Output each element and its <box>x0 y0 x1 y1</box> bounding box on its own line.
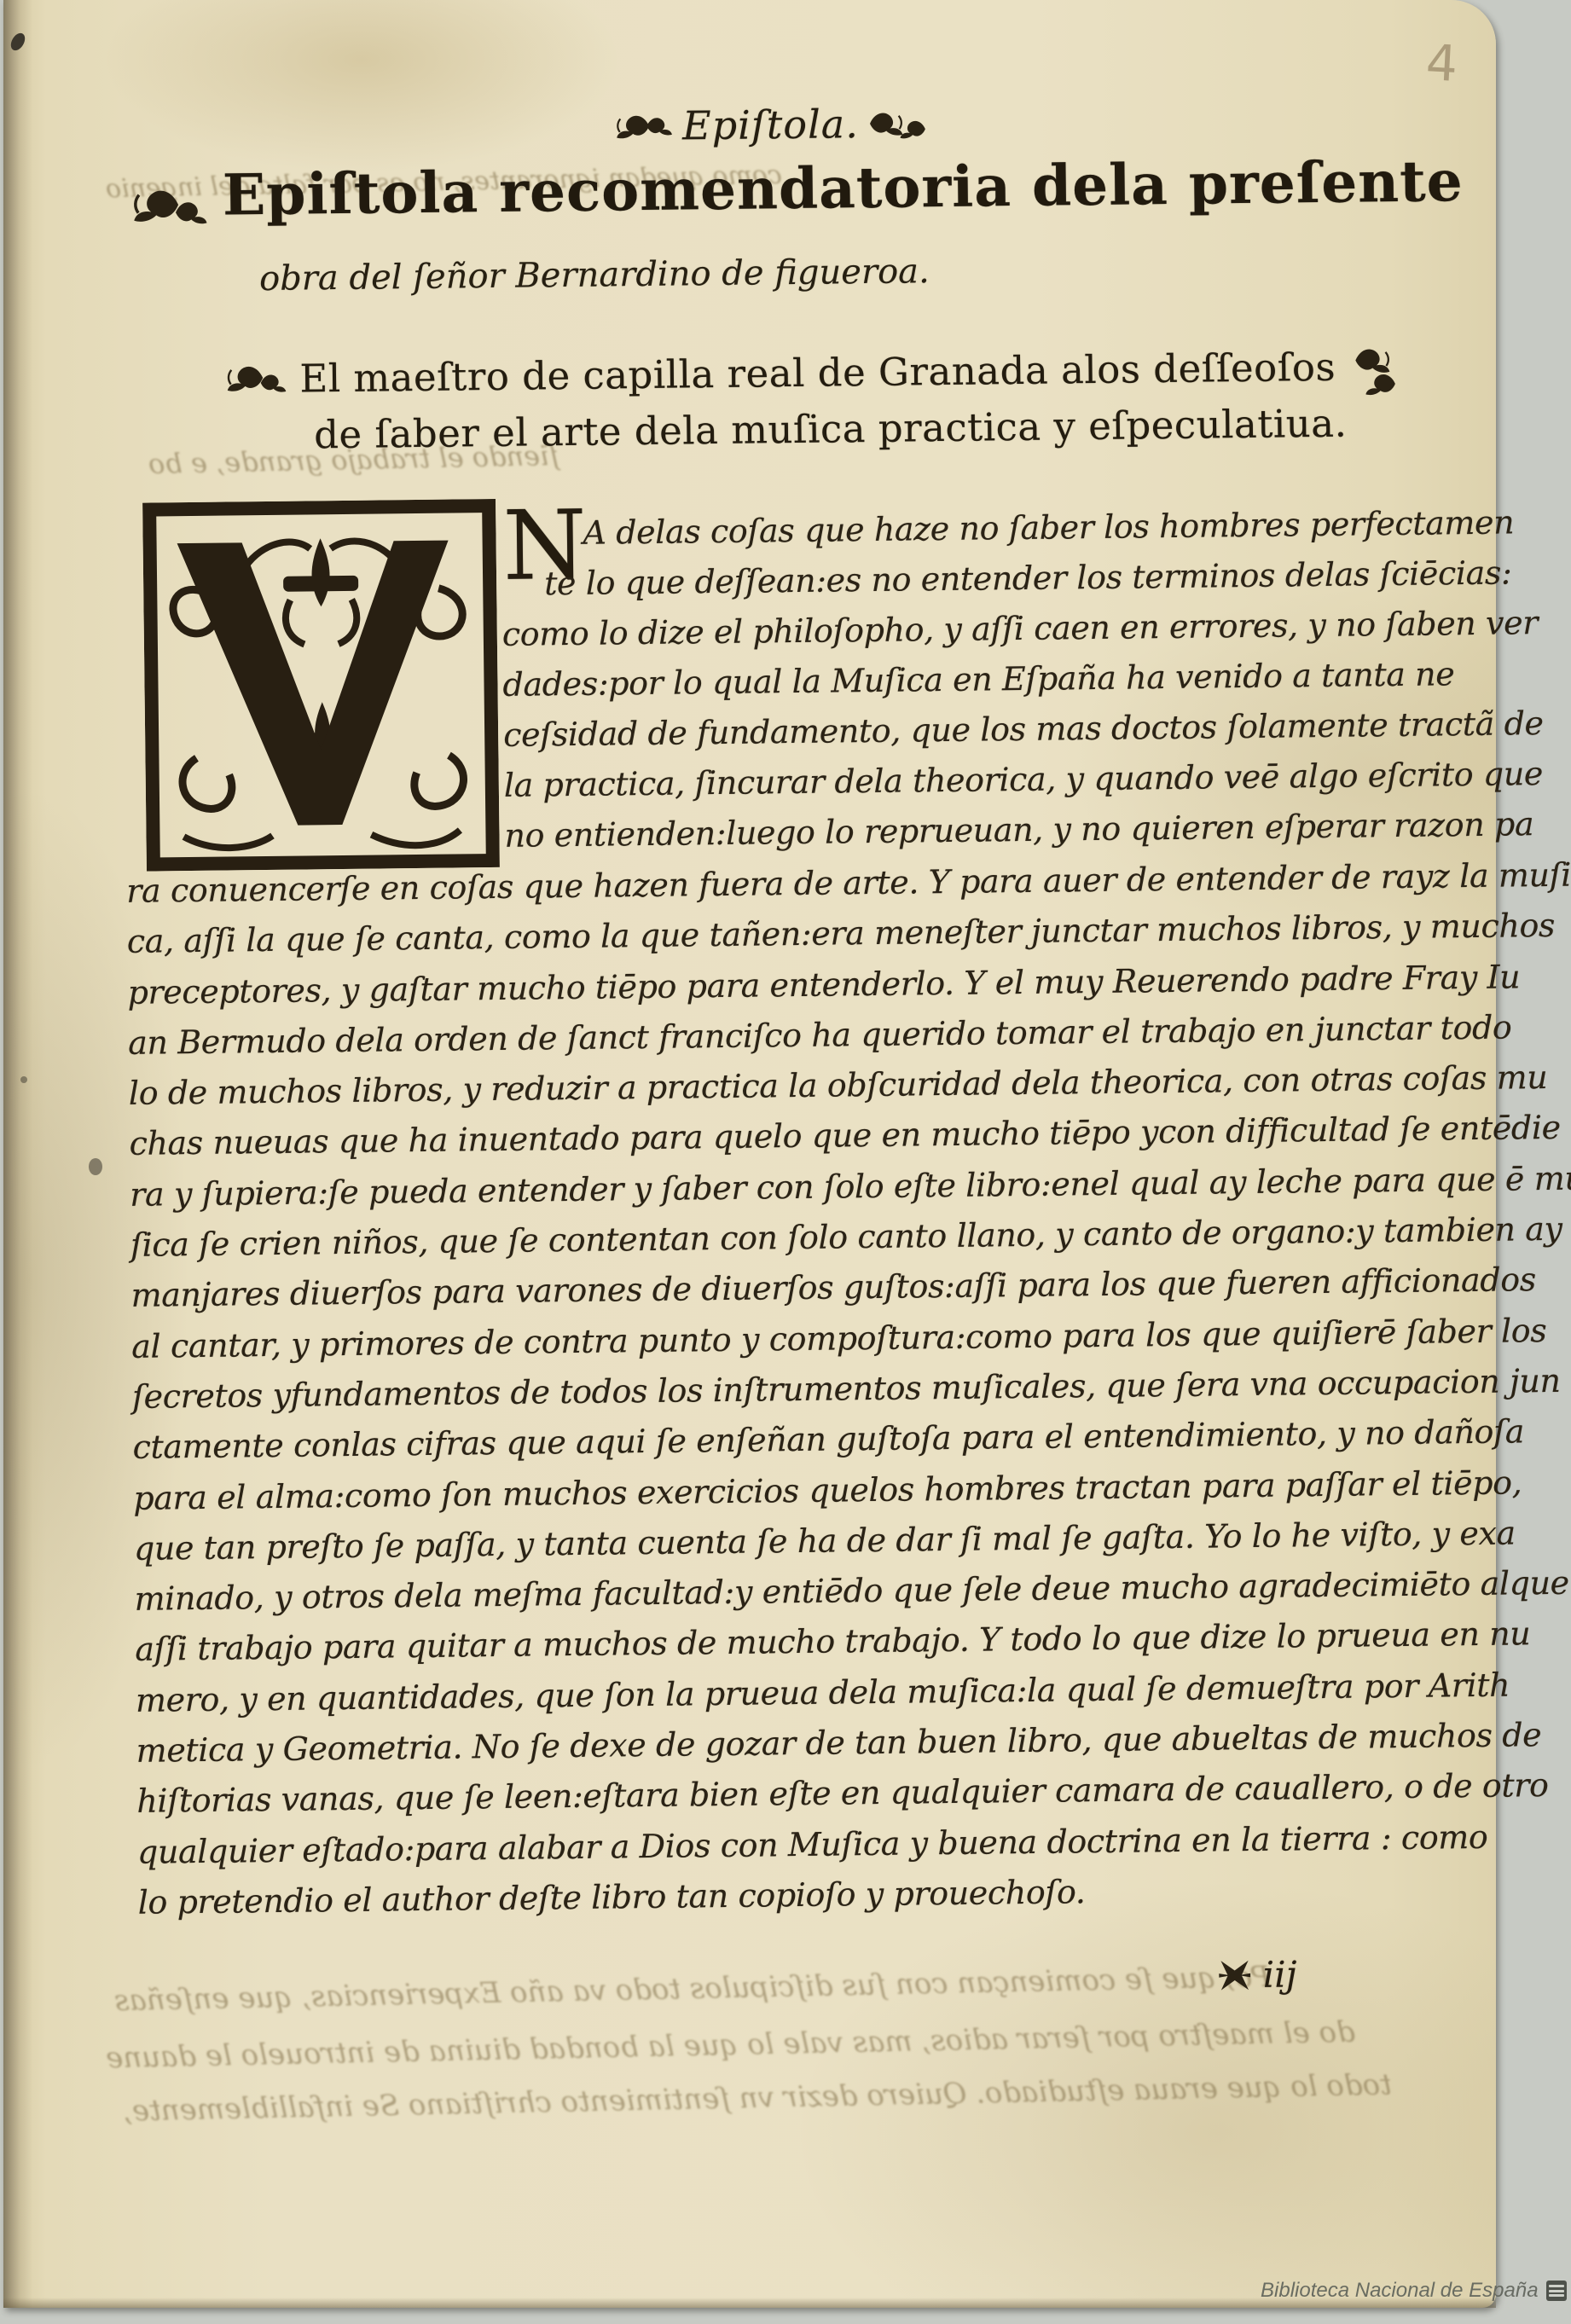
printed-content: Epiſtola. Epiſtola recomendatoria dela p… <box>0 0 1519 2309</box>
fleuron-icon <box>130 183 210 227</box>
address-heading-row: El maeſtro de capilla real de Granada al… <box>224 344 1397 410</box>
fleuron-icon <box>614 112 674 142</box>
page-title: Epiſtola recomendatoria dela preſente <box>223 152 1464 225</box>
address-line-2: de ſaber el arte dela muſica practica y … <box>314 401 1348 458</box>
scanned-book-page: { "page": { "folio_number": "4", "runnin… <box>0 0 1571 2324</box>
address-line-1: El maeſtro de capilla real de Granada al… <box>299 345 1336 402</box>
body-paragraph-full: ra conuencerſe en coſas que hazen fuera … <box>126 850 1571 1929</box>
fleuron-icon <box>224 362 287 395</box>
fleuron-icon <box>867 106 927 141</box>
main-title-row: Epiſtola recomendatoria dela preſente <box>130 152 1464 227</box>
signature-mark: iij <box>1214 1953 1296 1996</box>
library-watermark: Biblioteca Nacional de España <box>1261 2279 1567 2303</box>
running-title: Epiſtola. <box>682 101 859 148</box>
signature-label: iij <box>1262 1953 1296 1995</box>
bne-logo-icon <box>1546 2281 1567 2301</box>
body-paragraph-indented: A delas coſas que haze no ſaber los homb… <box>501 497 1545 861</box>
watermark-label: Biblioteca Nacional de España <box>1261 2279 1539 2303</box>
running-title-row: Epiſtola. <box>614 100 927 149</box>
maltese-cross-icon <box>1214 1955 1255 1995</box>
page-subtitle: obra del ſeñor Bernardino de figueroa. <box>259 252 930 298</box>
book-page: 4 como quedan ignorantes, no es por falt… <box>3 0 1496 2308</box>
fleuron-icon <box>1348 345 1398 397</box>
woodcut-initial-V <box>142 499 500 872</box>
